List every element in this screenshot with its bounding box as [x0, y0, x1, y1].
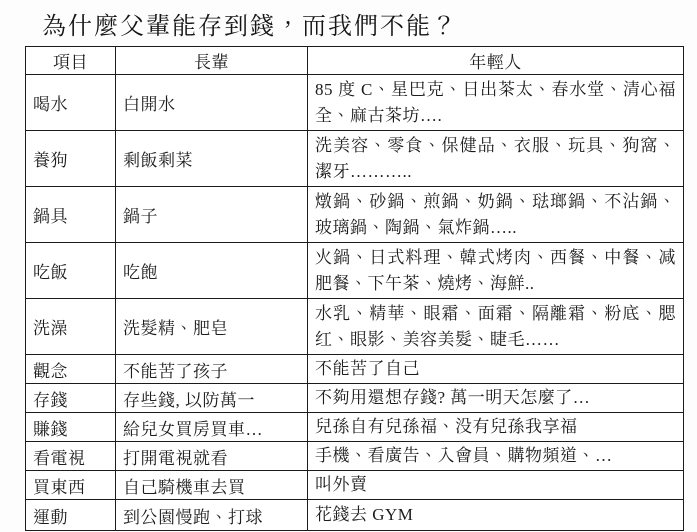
elder-cell: 到公園慢跑、打球 — [116, 500, 308, 531]
elder-cell: 吃飽 — [116, 243, 308, 299]
young-cell: 叫外賣 — [308, 471, 684, 500]
header-young: 年輕人 — [308, 47, 684, 75]
young-cell: 兒孫自有兒孫福、没有兒孫我享福 — [308, 413, 684, 442]
document-page: 為什麼父輩能存到錢，而我們不能？ 項目 長輩 年輕人 喝水 白開水 85 度 C… — [0, 0, 697, 532]
page-title: 為什麼父輩能存到錢，而我們不能？ — [42, 6, 697, 41]
young-cell: 不能苦了自己 — [308, 355, 684, 384]
elder-cell: 自己騎機車去買 — [116, 471, 308, 500]
item-cell: 養狗 — [26, 131, 116, 187]
elder-cell: 存些錢, 以防萬一 — [116, 384, 308, 413]
elder-cell: 剩飯剩菜 — [116, 131, 308, 187]
young-cell: 水乳、精華、眼霜、面霜、隔離霜、粉底、腮红、眼影、美容美髮、睫毛…… — [308, 299, 684, 355]
young-cell: 手機、看廣告、入會員、購物頻道、… — [308, 442, 684, 471]
table-row: 買東西 自己騎機車去買 叫外賣 — [26, 471, 684, 500]
header-item: 項目 — [26, 47, 116, 75]
table-row: 存錢 存些錢, 以防萬一 不夠用還想存錢? 萬一明天怎麼了… — [26, 384, 684, 413]
young-cell: 燉鍋、砂鍋、煎鍋、奶鍋、琺瑯鍋、不沾鍋、玻璃鍋、陶鍋、氣炸鍋….. — [308, 187, 684, 243]
young-cell: 85 度 C、星巴克、日出茶太、春水堂、清心福全、麻古茶坊…. — [308, 75, 684, 131]
young-cell: 火鍋、日式料理、韓式烤肉、西餐、中餐、减肥餐、下午茶、燒烤、海鮮.. — [308, 243, 684, 299]
elder-cell: 洗髮精、肥皂 — [116, 299, 308, 355]
young-cell: 洗美容、零食、保健品、衣服、玩具、狗窩、潔牙……….. — [308, 131, 684, 187]
item-cell: 觀念 — [26, 355, 116, 384]
table-row: 吃飯 吃飽 火鍋、日式料理、韓式烤肉、西餐、中餐、减肥餐、下午茶、燒烤、海鮮.. — [26, 243, 684, 299]
table-header-row: 項目 長輩 年輕人 — [26, 47, 684, 75]
item-cell: 鍋具 — [26, 187, 116, 243]
comparison-table: 項目 長輩 年輕人 喝水 白開水 85 度 C、星巴克、日出茶太、春水堂、清心福… — [25, 46, 684, 531]
table-row: 看電視 打開電視就看 手機、看廣告、入會員、購物頻道、… — [26, 442, 684, 471]
table-row: 洗澡 洗髮精、肥皂 水乳、精華、眼霜、面霜、隔離霜、粉底、腮红、眼影、美容美髮、… — [26, 299, 684, 355]
item-cell: 看電視 — [26, 442, 116, 471]
table-row: 養狗 剩飯剩菜 洗美容、零食、保健品、衣服、玩具、狗窩、潔牙……….. — [26, 131, 684, 187]
item-cell: 喝水 — [26, 75, 116, 131]
elder-cell: 不能苦了孩子 — [116, 355, 308, 384]
item-cell: 吃飯 — [26, 243, 116, 299]
elder-cell: 白開水 — [116, 75, 308, 131]
elder-cell: 給兒女買房買車… — [116, 413, 308, 442]
table-row: 賺錢 給兒女買房買車… 兒孫自有兒孫福、没有兒孫我享福 — [26, 413, 684, 442]
young-cell: 不夠用還想存錢? 萬一明天怎麼了… — [308, 384, 684, 413]
header-elder: 長輩 — [116, 47, 308, 75]
table-row: 鍋具 鍋子 燉鍋、砂鍋、煎鍋、奶鍋、琺瑯鍋、不沾鍋、玻璃鍋、陶鍋、氣炸鍋….. — [26, 187, 684, 243]
elder-cell: 鍋子 — [116, 187, 308, 243]
table-row: 觀念 不能苦了孩子 不能苦了自己 — [26, 355, 684, 384]
item-cell: 賺錢 — [26, 413, 116, 442]
item-cell: 洗澡 — [26, 299, 116, 355]
item-cell: 存錢 — [26, 384, 116, 413]
item-cell: 買東西 — [26, 471, 116, 500]
table-row: 運動 到公園慢跑、打球 花錢去 GYM — [26, 500, 684, 531]
table-row: 喝水 白開水 85 度 C、星巴克、日出茶太、春水堂、清心福全、麻古茶坊…. — [26, 75, 684, 131]
item-cell: 運動 — [26, 500, 116, 531]
elder-cell: 打開電視就看 — [116, 442, 308, 471]
young-cell: 花錢去 GYM — [308, 500, 684, 531]
